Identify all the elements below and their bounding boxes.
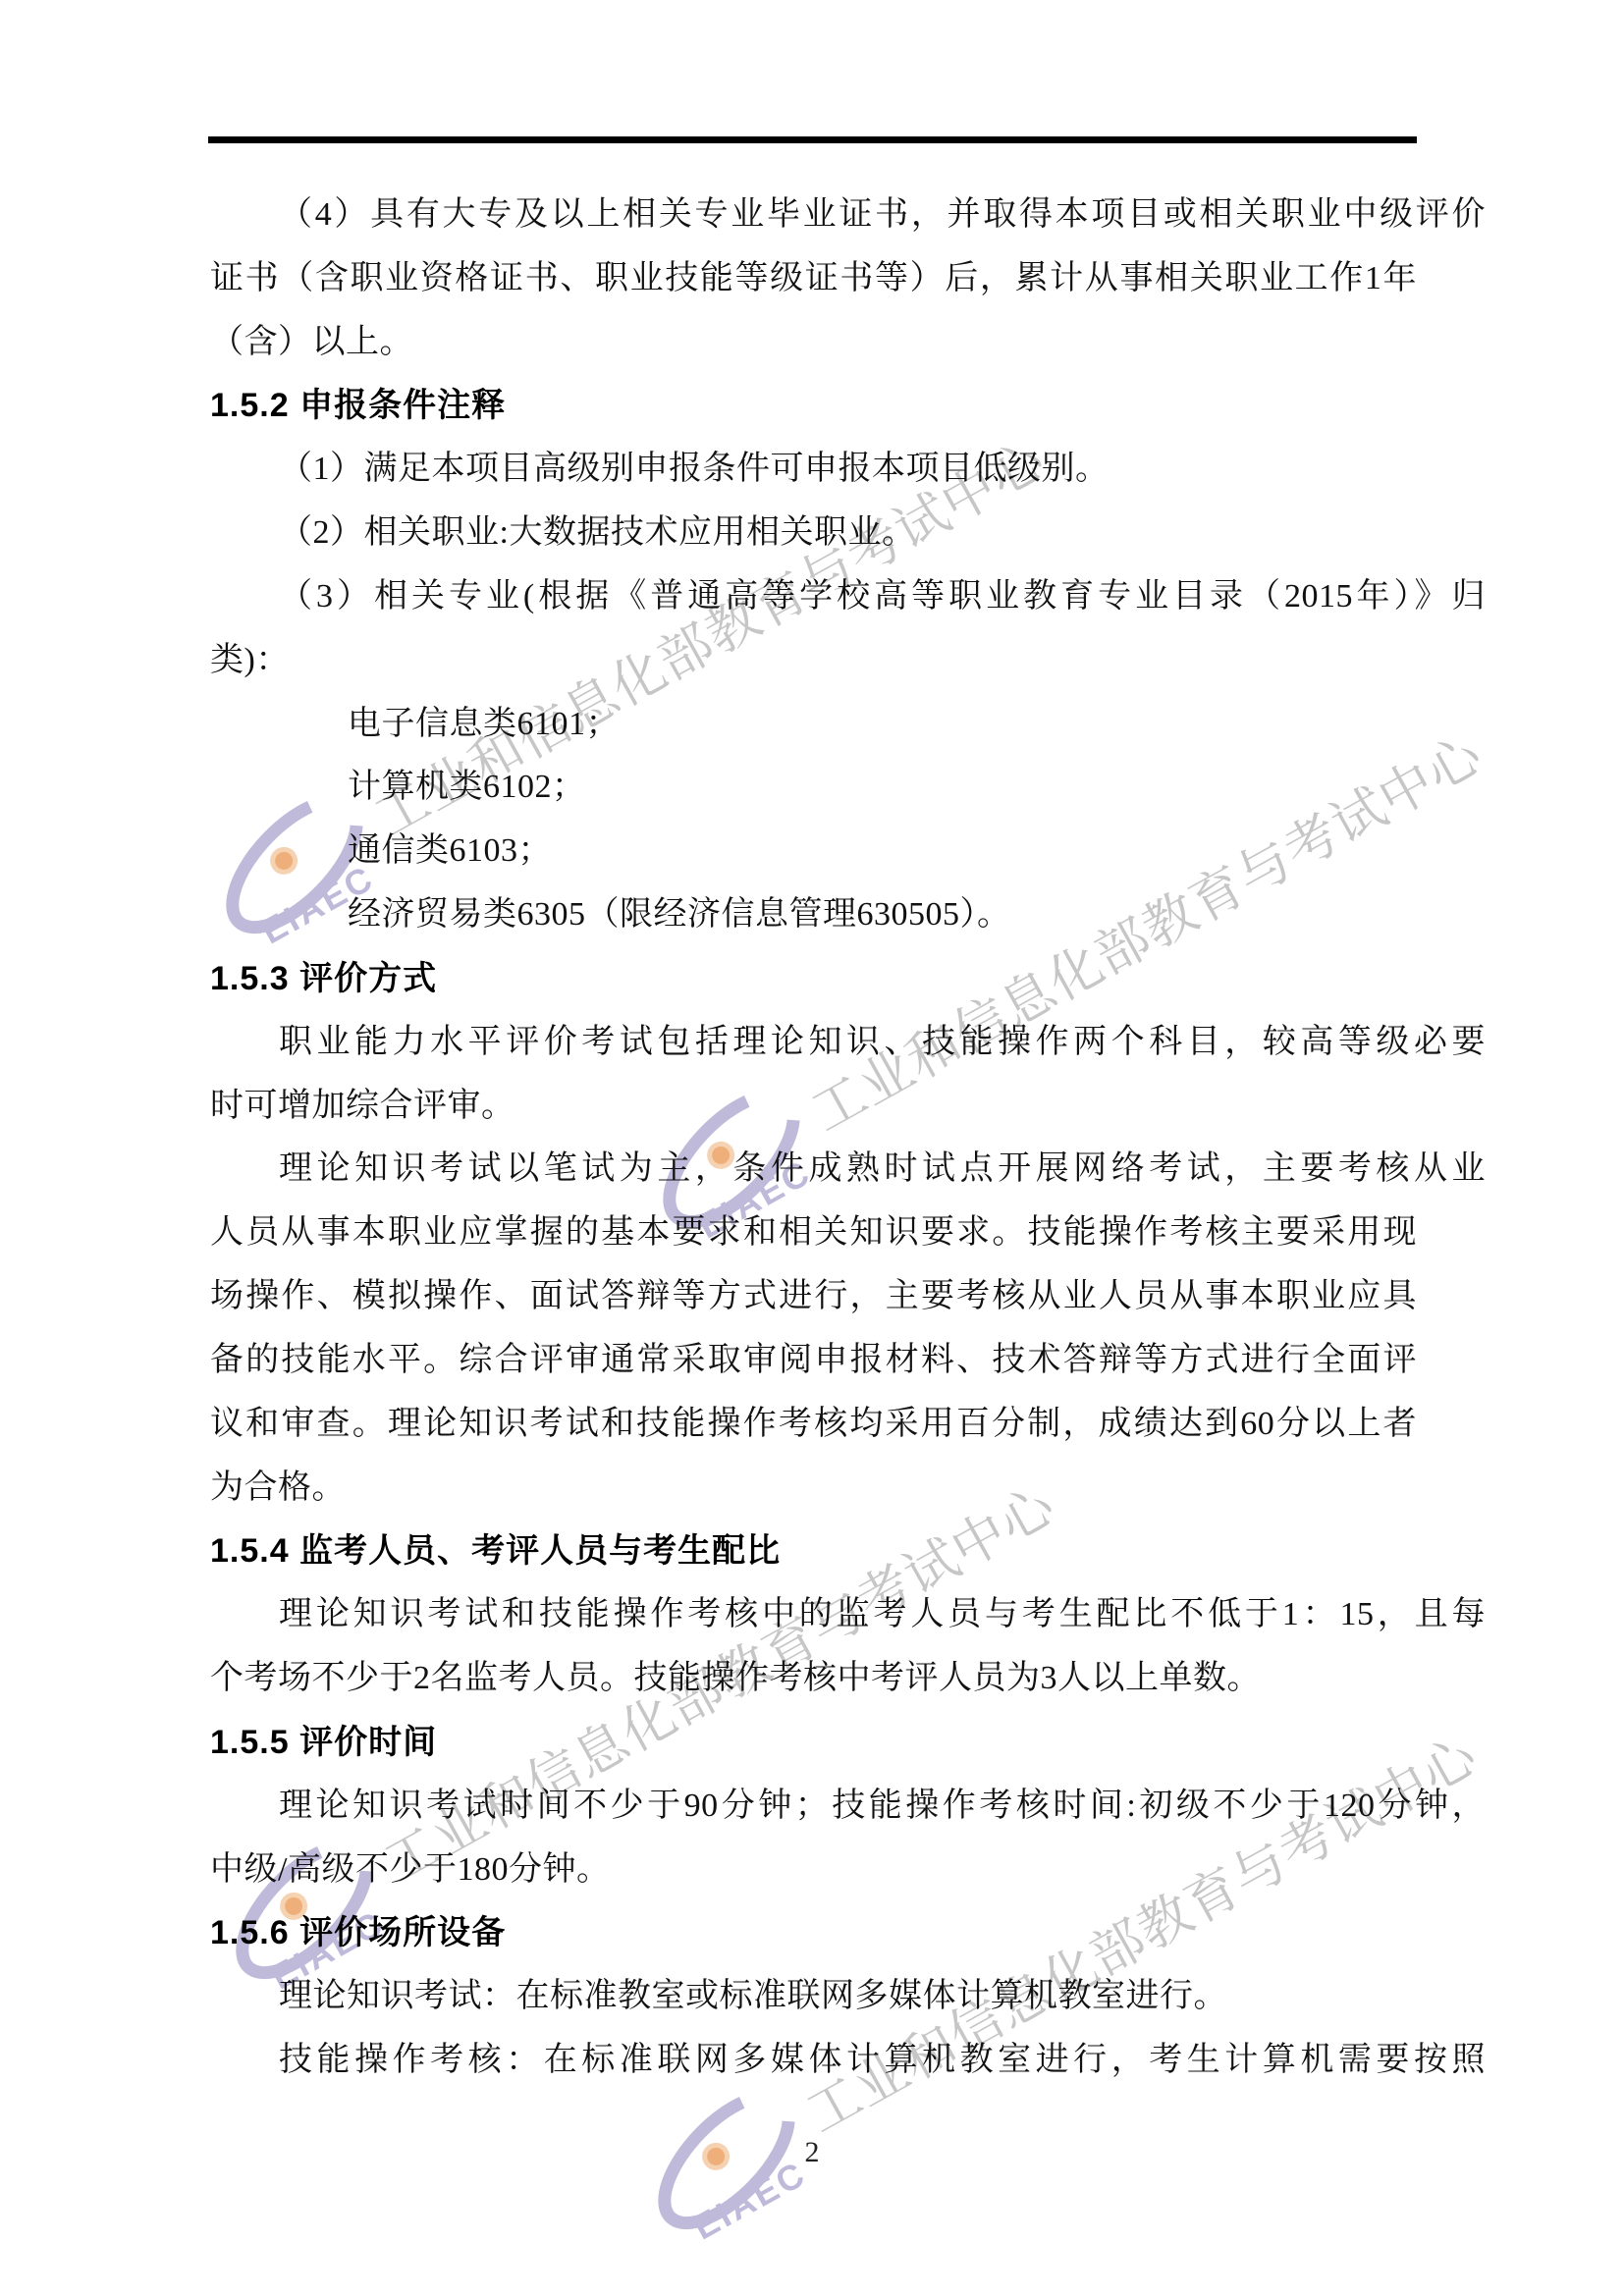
text-line: 技能操作考核：在标准联网多媒体计算机教室进行，考生计算机需要按照	[210, 2039, 1486, 2082]
section-heading: 1.5.2 申报条件注释	[210, 384, 1417, 427]
text-line: 电子信息类6101；	[210, 703, 1554, 746]
text-line: （4）具有大专及以上相关专业毕业证书，并取得本项目或相关职业中级评价	[210, 193, 1486, 237]
text-line: 理论知识考试：在标准教室或标准联网多媒体计算机教室进行。	[210, 1975, 1486, 2018]
text-line: 个考场不少于2名监考人员。技能操作考核中考评人员为3人以上单数。	[210, 1657, 1417, 1700]
text-line: （3）相关专业(根据《普通高等学校高等职业教育专业目录（2015年）》归	[210, 575, 1486, 618]
text-line: 职业能力水平评价考试包括理论知识、技能操作两个科目，较高等级必要	[210, 1021, 1486, 1064]
text-line: 场操作、模拟操作、面试答辩等方式进行，主要考核从业人员从事本职业应具	[210, 1275, 1417, 1318]
text-line: 时可增加综合评审。	[210, 1085, 1417, 1128]
text-line: 议和审查。理论知识考试和技能操作考核均采用百分制，成绩达到60分以上者	[210, 1403, 1417, 1446]
text-line: 理论知识考试和技能操作考核中的监考人员与考生配比不低于1：15，且每	[210, 1593, 1486, 1636]
section-heading: 1.5.3 评价方式	[210, 957, 1417, 1000]
text-line: 理论知识考试时间不少于90分钟；技能操作考核时间:初级不少于120分钟，	[210, 1785, 1486, 1828]
header-rule	[208, 136, 1417, 143]
section-heading: 1.5.4 监考人员、考评人员与考生配比	[210, 1529, 1417, 1573]
text-line: 备的技能水平。综合评审通常采取审阅申报材料、技术答辩等方式进行全面评	[210, 1339, 1417, 1382]
text-line: 证书（含职业资格证书、职业技能等级证书等）后，累计从事相关职业工作1年	[210, 257, 1417, 300]
document-page: （4）具有大专及以上相关专业毕业证书，并取得本项目或相关职业中级评价证书（含职业…	[0, 0, 1624, 2296]
text-line: 为合格。	[210, 1467, 1417, 1510]
text-line: 类)：	[210, 639, 1417, 682]
text-line: 中级/高级不少于180分钟。	[210, 1848, 1417, 1892]
text-line: （2）相关职业:大数据技术应用相关职业。	[210, 511, 1486, 555]
section-heading: 1.5.6 评价场所设备	[210, 1911, 1417, 1954]
text-line: 理论知识考试以笔试为主，条件成熟时试点开展网络考试，主要考核从业	[210, 1148, 1486, 1191]
text-line: 计算机类6102；	[210, 766, 1554, 809]
text-line: 通信类6103；	[210, 829, 1554, 873]
text-line: 人员从事本职业应掌握的基本要求和相关知识要求。技能操作考核主要采用现	[210, 1211, 1417, 1255]
page-number: 2	[0, 2136, 1624, 2169]
text-line: 经济贸易类6305（限经济信息管理630505）。	[210, 893, 1554, 936]
section-heading: 1.5.5 评价时间	[210, 1721, 1417, 1764]
text-line: （含）以上。	[210, 321, 1417, 364]
text-line: （1）满足本项目高级别申报条件可申报本项目低级别。	[210, 448, 1486, 491]
